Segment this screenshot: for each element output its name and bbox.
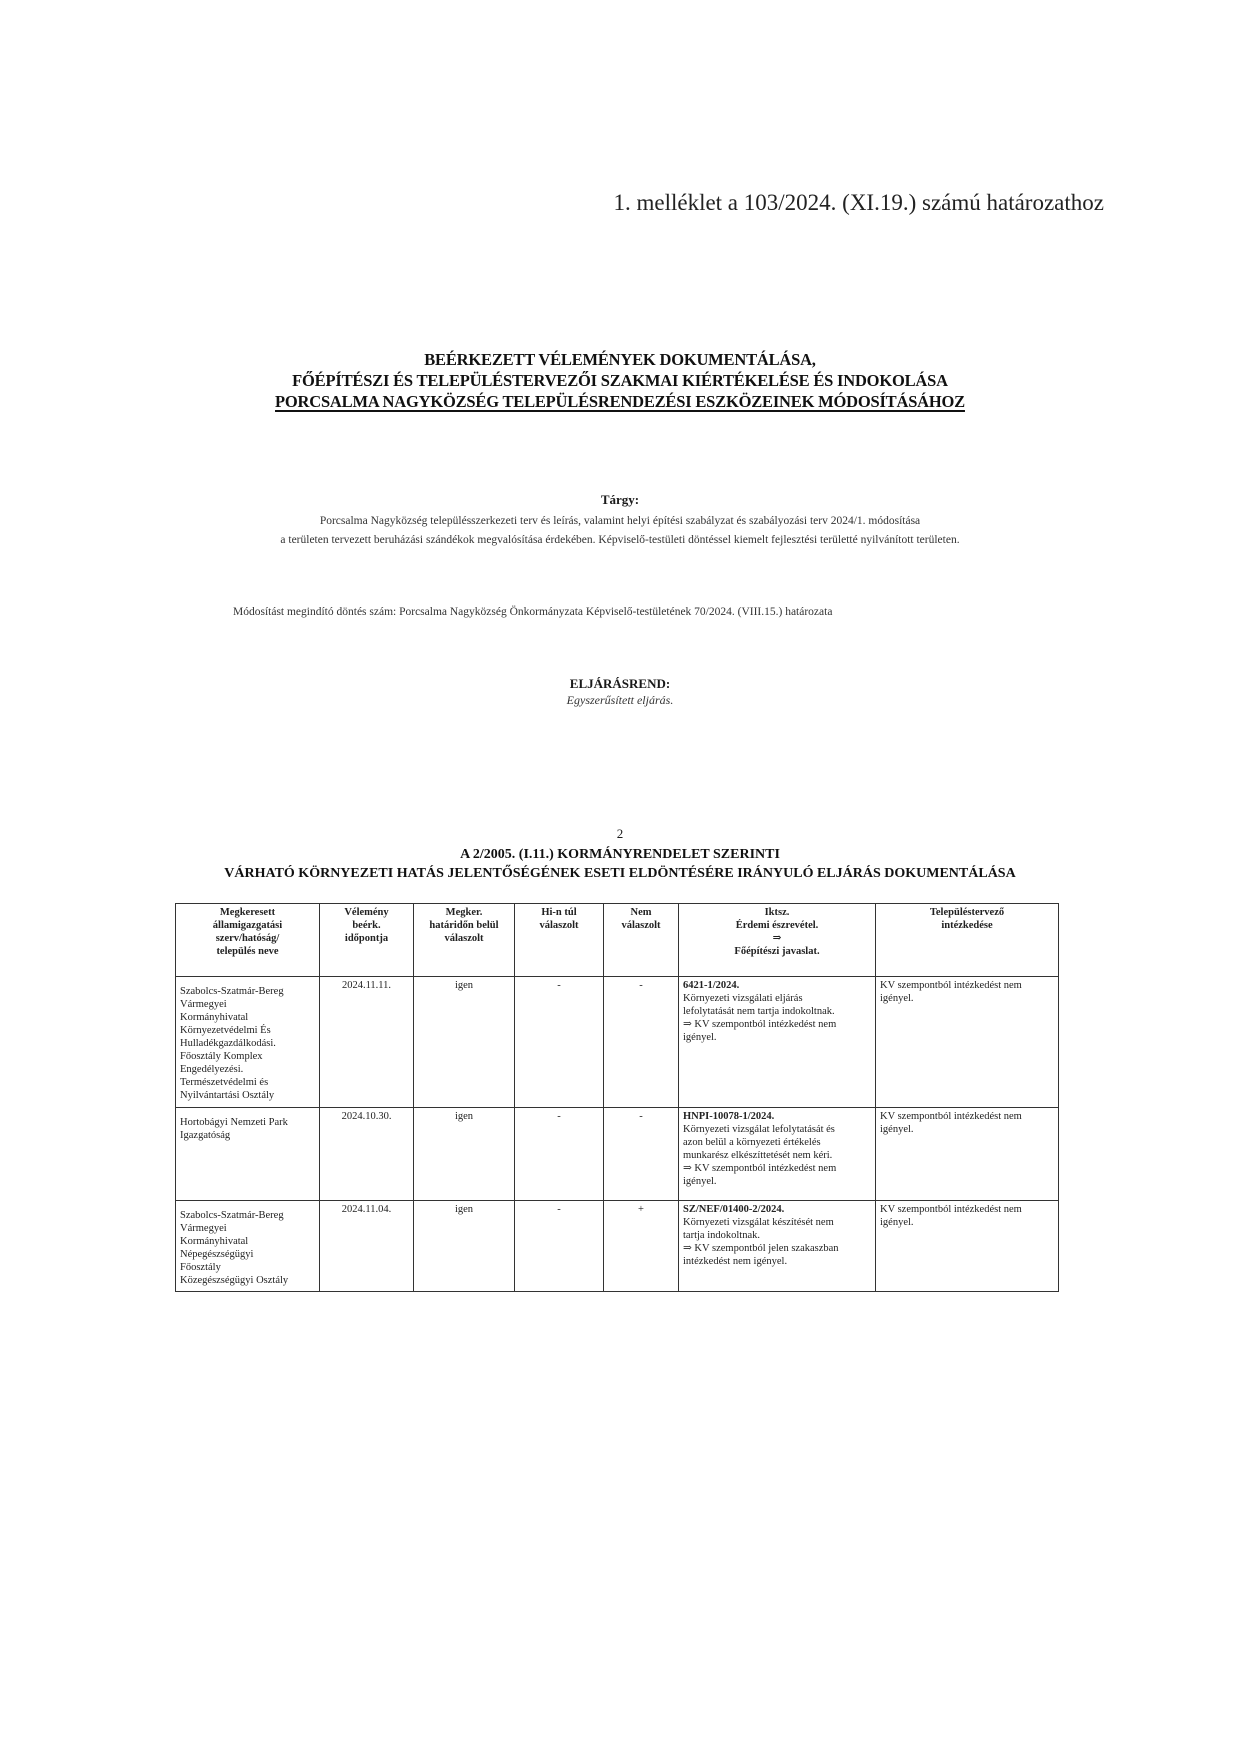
remark-line: azon belül a környezeti értékelés (683, 1136, 871, 1149)
header-text: intézkedése (880, 919, 1054, 932)
organization-line: Igazgatóság (180, 1129, 315, 1142)
cell-planner-action: KV szempontból intézkedést nem igényel. (876, 1201, 1059, 1292)
section-title-line-2: VÁRHATÓ KÖRNYEZETI HATÁS JELENTŐSÉGÉNEK … (0, 864, 1240, 883)
organization-line: Vármegyei (180, 1222, 315, 1235)
initiating-decision: Módosítást megindító döntés szám: Porcsa… (233, 606, 832, 618)
cell-planner-action: KV szempontból intézkedést nem igényel. (876, 977, 1059, 1108)
subject-label: Tárgy: (0, 492, 1240, 508)
cell-planner-action: KV szempontból intézkedést nem igényel. (876, 1108, 1059, 1201)
table-header-row: Megkeresettállamigazgatásiszerv/hatóság/… (176, 904, 1059, 977)
organization-line: Természetvédelmi és (180, 1076, 315, 1089)
organization-line: Nyilvántartási Osztály (180, 1089, 315, 1102)
organization-line: Környezetvédelmi És (180, 1024, 315, 1037)
cell-not-replied: - (604, 1108, 679, 1201)
title-line-2: FŐÉPÍTÉSZI ÉS TELEPÜLÉSTERVEZŐI SZAKMAI … (0, 370, 1240, 391)
annex-reference: 1. melléklet a 103/2024. (XI.19.) számú … (0, 190, 1104, 216)
remark-line: Környezeti vizsgálati eljárás (683, 992, 871, 1005)
organization-line: Kormányhivatal (180, 1235, 315, 1248)
cell-after-deadline: - (515, 977, 604, 1108)
subject-line-2: a területen tervezett beruházási szándék… (0, 531, 1240, 550)
table-row: Szabolcs-Szatmár-BeregVármegyeiKormányhi… (176, 1201, 1059, 1292)
cell-after-deadline: - (515, 1201, 604, 1292)
remark-line: tartja indokoltnak. (683, 1229, 871, 1242)
cell-organization: Szabolcs-Szatmár-BeregVármegyeiKormányhi… (176, 1201, 320, 1292)
header-col-planner-action: Településtervezőintézkedése (876, 904, 1059, 977)
chief-architect-proposal: ⇒ KV szempontból jelen szakaszban intézk… (683, 1242, 871, 1268)
organization-line: Hortobágyi Nemzeti Park (180, 1116, 315, 1129)
organization-line: Szabolcs-Szatmár-Bereg (180, 985, 315, 998)
cell-organization: Hortobágyi Nemzeti ParkIgazgatóság (176, 1108, 320, 1201)
reference-number: HNPI-10078-1/2024. (683, 1110, 871, 1123)
subject-line-1: Porcsalma Nagyközség településszerkezeti… (0, 512, 1240, 531)
header-text: válaszolt (519, 919, 599, 932)
subject-text: Porcsalma Nagyközség településszerkezeti… (0, 512, 1240, 550)
header-text: beérk. (324, 919, 409, 932)
organization-line: Kormányhivatal (180, 1011, 315, 1024)
organization-line: Főosztály Komplex (180, 1050, 315, 1063)
organization-line: Közegészségügyi Osztály (180, 1274, 315, 1287)
cell-within-deadline: igen (414, 1108, 515, 1201)
header-col-within-deadline: Megker.határidőn belülválaszolt (414, 904, 515, 977)
header-text: Főépítészi javaslat. (683, 945, 871, 958)
remark-line: lefolytatását nem tartja indokoltnak. (683, 1005, 871, 1018)
header-text: államigazgatási (180, 919, 315, 932)
received-date: 2024.11.11. (324, 979, 409, 992)
header-col-organization: Megkeresettállamigazgatásiszerv/hatóság/… (176, 904, 320, 977)
cell-not-replied: + (604, 1201, 679, 1292)
header-text: ⇒ (683, 932, 871, 945)
remark-line: munkarész elkészíttetését nem kéri. (683, 1149, 871, 1162)
received-date: 2024.10.30. (324, 1110, 409, 1123)
cell-remark: SZ/NEF/01400-2/2024.Környezeti vizsgálat… (679, 1201, 876, 1292)
cell-after-deadline: - (515, 1108, 604, 1201)
organization-line: Főosztály (180, 1261, 315, 1274)
reference-number: SZ/NEF/01400-2/2024. (683, 1203, 871, 1216)
header-col-received-date: Véleménybeérk.időpontja (320, 904, 414, 977)
chief-architect-proposal: ⇒ KV szempontból intézkedést nem igényel… (683, 1018, 871, 1044)
title-line-3: PORCSALMA NAGYKÖZSÉG TELEPÜLÉSRENDEZÉSI … (0, 391, 1240, 412)
cell-not-replied: - (604, 977, 679, 1108)
header-text: Érdemi észrevétel. (683, 919, 871, 932)
header-text: Megker. (418, 906, 510, 919)
header-text: szerv/hatóság/ (180, 932, 315, 945)
opinions-table: Megkeresettállamigazgatásiszerv/hatóság/… (175, 903, 1059, 1292)
received-date: 2024.11.04. (324, 1203, 409, 1216)
procedure-label: ELJÁRÁSREND: (0, 676, 1240, 692)
page-number: 2 (0, 826, 1240, 842)
header-text: válaszolt (608, 919, 674, 932)
cell-remark: HNPI-10078-1/2024.Környezeti vizsgálat l… (679, 1108, 876, 1201)
cell-received-date: 2024.11.11. (320, 977, 414, 1108)
header-text: Megkeresett (180, 906, 315, 919)
cell-remark: 6421-1/2024.Környezeti vizsgálati eljárá… (679, 977, 876, 1108)
chief-architect-proposal: ⇒ KV szempontból intézkedést nem igényel… (683, 1162, 871, 1188)
header-text: Településtervező (880, 906, 1054, 919)
title-line-3-text: PORCSALMA NAGYKÖZSÉG TELEPÜLÉSRENDEZÉSI … (275, 392, 965, 411)
organization-line: Szabolcs-Szatmár-Bereg (180, 1209, 315, 1222)
header-col-not-replied: Nemválaszolt (604, 904, 679, 977)
cell-received-date: 2024.11.04. (320, 1201, 414, 1292)
organization-line: Népegészségügyi (180, 1248, 315, 1261)
header-text: település neve (180, 945, 315, 958)
procedure-value: Egyszerűsített eljárás. (0, 693, 1240, 708)
reference-number: 6421-1/2024. (683, 979, 871, 992)
table-row: Szabolcs-Szatmár-BeregVármegyeiKormányhi… (176, 977, 1059, 1108)
header-text: időpontja (324, 932, 409, 945)
header-text: Vélemény (324, 906, 409, 919)
header-col-after-deadline: Hi-n túlválaszolt (515, 904, 604, 977)
table-row: Hortobágyi Nemzeti ParkIgazgatóság2024.1… (176, 1108, 1059, 1201)
cell-received-date: 2024.10.30. (320, 1108, 414, 1201)
organization-line: Hulladékgazdálkodási. (180, 1037, 315, 1050)
remark-line: Környezeti vizsgálat készítését nem (683, 1216, 871, 1229)
organization-line: Engedélyezési. (180, 1063, 315, 1076)
header-col-remark: Iktsz.Érdemi észrevétel.⇒Főépítészi java… (679, 904, 876, 977)
header-text: Hi-n túl (519, 906, 599, 919)
header-text: Nem (608, 906, 674, 919)
section-title: A 2/2005. (I.11.) KORMÁNYRENDELET SZERIN… (0, 845, 1240, 883)
document-title: BEÉRKEZETT VÉLEMÉNYEK DOKUMENTÁLÁSA, FŐÉ… (0, 349, 1240, 412)
title-line-1: BEÉRKEZETT VÉLEMÉNYEK DOKUMENTÁLÁSA, (0, 349, 1240, 370)
header-text: Iktsz. (683, 906, 871, 919)
remark-line: Környezeti vizsgálat lefolytatását és (683, 1123, 871, 1136)
header-text: határidőn belül (418, 919, 510, 932)
section-title-line-1: A 2/2005. (I.11.) KORMÁNYRENDELET SZERIN… (0, 845, 1240, 864)
cell-within-deadline: igen (414, 1201, 515, 1292)
organization-line: Vármegyei (180, 998, 315, 1011)
cell-organization: Szabolcs-Szatmár-BeregVármegyeiKormányhi… (176, 977, 320, 1108)
cell-within-deadline: igen (414, 977, 515, 1108)
header-text: válaszolt (418, 932, 510, 945)
